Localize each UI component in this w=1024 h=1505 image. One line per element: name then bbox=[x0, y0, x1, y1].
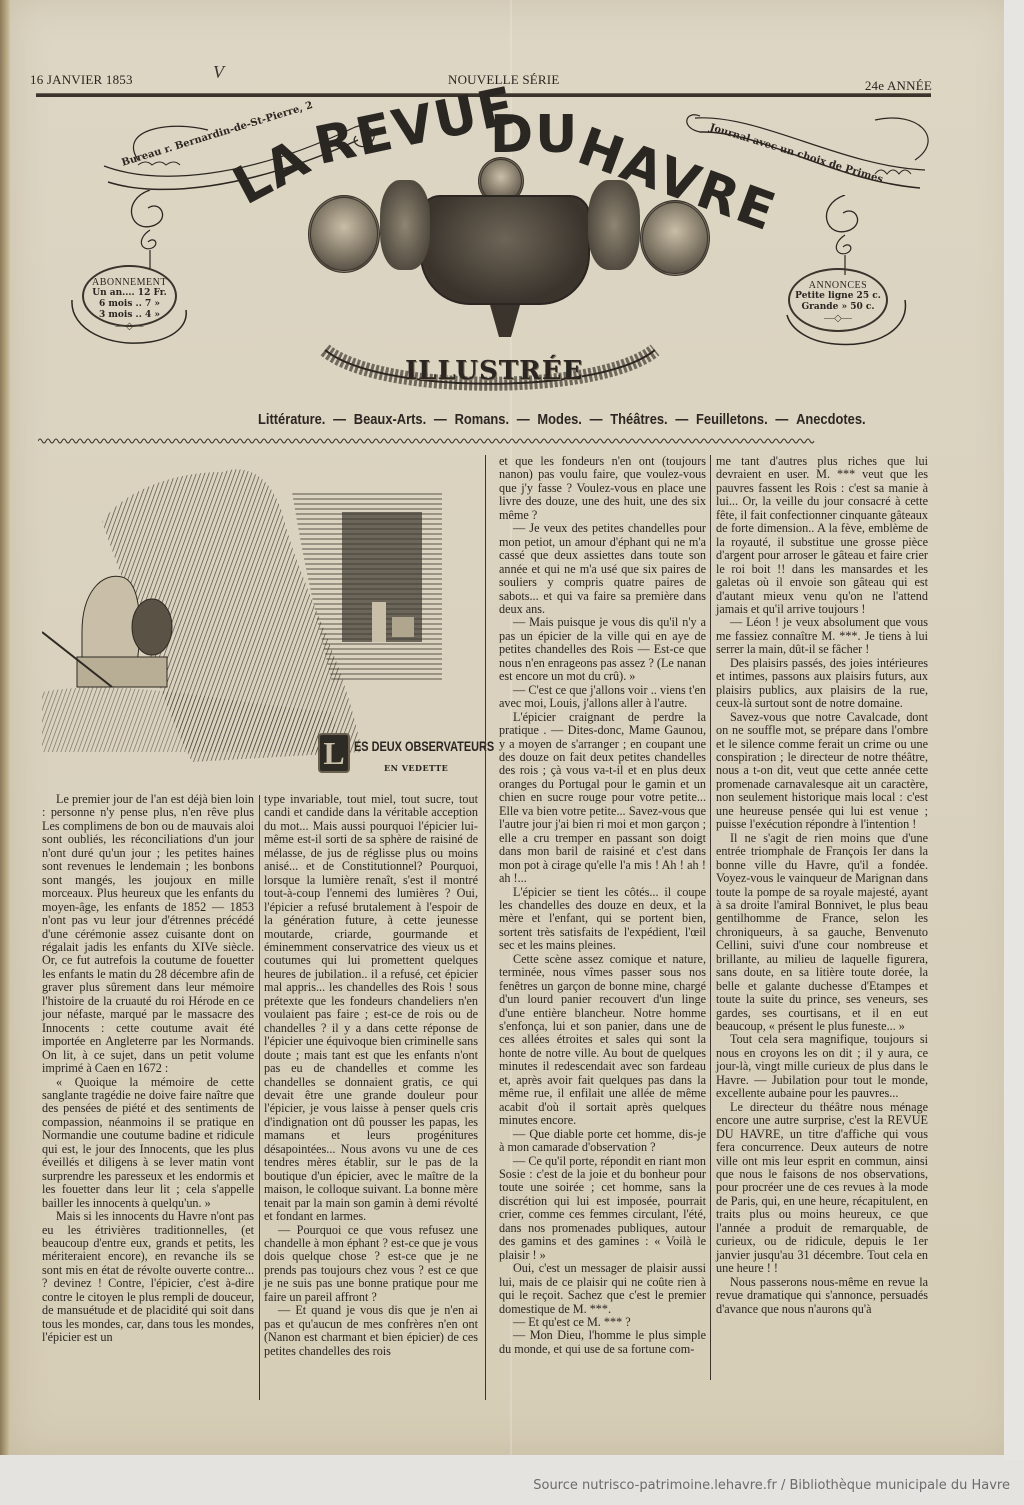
text-column-3: et que les fondeurs n'en ont (toujours n… bbox=[499, 455, 706, 1356]
volume-year: 24e ANNÉE bbox=[865, 78, 932, 94]
wavy-rule-divider bbox=[38, 437, 930, 445]
paragraph: L'épicier craignant de perdre la pratiqu… bbox=[499, 711, 706, 886]
masthead-vignette bbox=[300, 155, 720, 340]
paragraph: Il ne s'agit de rien moins que d'une ent… bbox=[716, 832, 928, 1034]
paragraph: Savez-vous que notre Cavalcade, dont on … bbox=[716, 711, 928, 832]
rubric-separator: — bbox=[775, 411, 788, 428]
subtitle-illustree: ILLUSTRÉE bbox=[405, 356, 583, 386]
paragraph: Des plaisirs passés, des joies intérieur… bbox=[716, 657, 928, 711]
paragraph: — Que diable porte cet homme, dis-je à m… bbox=[499, 1128, 706, 1155]
pendant-scroll-icon bbox=[120, 190, 180, 270]
oval-flourish-icon bbox=[70, 290, 190, 350]
rubric-separator: — bbox=[590, 411, 603, 428]
paragraph: et que les fondeurs n'en ont (toujours n… bbox=[499, 455, 706, 522]
paragraph: Cette scène assez comique et nature, ter… bbox=[499, 953, 706, 1128]
paragraph: « Quoique la mémoire de cette sanglante … bbox=[42, 1076, 254, 1211]
paragraph: — C'est ce que j'allons voir .. viens t'… bbox=[499, 684, 706, 711]
paragraph: — Et quand je vous dis que je n'en ai pa… bbox=[264, 1304, 478, 1358]
rubric-separator: — bbox=[434, 411, 447, 428]
paragraph: Le directeur du théâtre nous ménage enco… bbox=[716, 1101, 928, 1276]
paragraph: Nous passerons nous-même en revue la rev… bbox=[716, 1276, 928, 1316]
paragraph: — Et qu'est ce M. *** ? bbox=[499, 1316, 706, 1329]
text-column-1: Le premier jour de l'an est déjà bien lo… bbox=[42, 793, 254, 1345]
source-credit: Source nutrisco-patrimoine.lehavre.fr / … bbox=[533, 1478, 1010, 1493]
column-rule bbox=[710, 455, 711, 1380]
rubric-item: Littérature. bbox=[258, 411, 325, 428]
rubric-item: Romans. bbox=[455, 411, 509, 428]
paragraph: — Léon ! je veux absolument que vous me … bbox=[716, 616, 928, 656]
rubric-item: Beaux-Arts. bbox=[354, 411, 426, 428]
dropcap-letter: L bbox=[318, 733, 350, 773]
paragraph: type invariable, tout miel, tout sucre, … bbox=[264, 793, 478, 1224]
paragraph: — Pourquoi ce que vous refusez une chand… bbox=[264, 1224, 478, 1305]
subscription-heading: ABONNEMENT bbox=[84, 277, 175, 288]
rubrics-line: Littérature. — Beaux-Arts. — Romans. — M… bbox=[258, 411, 757, 428]
article-subtitle: EN VEDETTE bbox=[384, 763, 448, 773]
column-rule bbox=[485, 455, 486, 1400]
paragraph: — Mais puisque je vous dis qu'il n'y a p… bbox=[499, 616, 706, 683]
paragraph: — Je veux des petites chandelles pour mo… bbox=[499, 522, 706, 616]
issue-date: 16 JANVIER 1853 bbox=[30, 72, 133, 88]
vignette-pendant bbox=[490, 305, 520, 337]
paragraph: Tout cela sera magnifique, toujours si n… bbox=[716, 1033, 928, 1100]
central-scene-engraving bbox=[420, 195, 590, 305]
subtitle-garland: ILLUSTRÉE bbox=[320, 340, 660, 400]
rubric-separator: — bbox=[675, 411, 688, 428]
paragraph: L'épicier se tient les côtés... il coupe… bbox=[499, 886, 706, 953]
paragraph: — Ce qu'il porte, répondit en riant mon … bbox=[499, 1155, 706, 1263]
paragraph: Le premier jour de l'an est déjà bien lo… bbox=[42, 793, 254, 1076]
rubric-item: Modes. bbox=[537, 411, 581, 428]
paragraph: Oui, c'est un messager de plaisir aussi … bbox=[499, 1262, 706, 1316]
text-column-2: type invariable, tout miel, tout sucre, … bbox=[264, 793, 478, 1358]
article-engraving bbox=[42, 452, 482, 772]
paragraph: me tant d'autres plus riches que lui dev… bbox=[716, 455, 928, 616]
portrait-medallion-right bbox=[640, 200, 710, 276]
paragraph: — Mon Dieu, l'homme le plus simple du mo… bbox=[499, 1329, 706, 1356]
paragraph: Mais si les innocents du Havre n'ont pas… bbox=[42, 1210, 254, 1345]
rubric-separator: — bbox=[517, 411, 530, 428]
rubric-item: Feuilletons. bbox=[696, 411, 768, 428]
rubric-separator: — bbox=[333, 411, 346, 428]
pendant-scroll-icon bbox=[815, 195, 875, 275]
article-title: ES DEUX OBSERVATEURS bbox=[354, 738, 494, 754]
portrait-medallion-left bbox=[308, 195, 380, 273]
allegorical-figures-right bbox=[588, 180, 640, 270]
engraving-curtain-scene-icon bbox=[42, 452, 482, 772]
rubric-item: Anecdotes. bbox=[796, 411, 866, 428]
text-column-4: me tant d'autres plus riches que lui dev… bbox=[716, 455, 928, 1316]
allegorical-figures-left bbox=[380, 180, 430, 270]
oval-flourish-icon bbox=[785, 290, 915, 350]
page-right-margin bbox=[1004, 0, 1024, 1460]
column-rule bbox=[259, 795, 260, 1400]
page-binding-edge bbox=[0, 0, 10, 1455]
rubric-item: Théâtres. bbox=[610, 411, 667, 428]
